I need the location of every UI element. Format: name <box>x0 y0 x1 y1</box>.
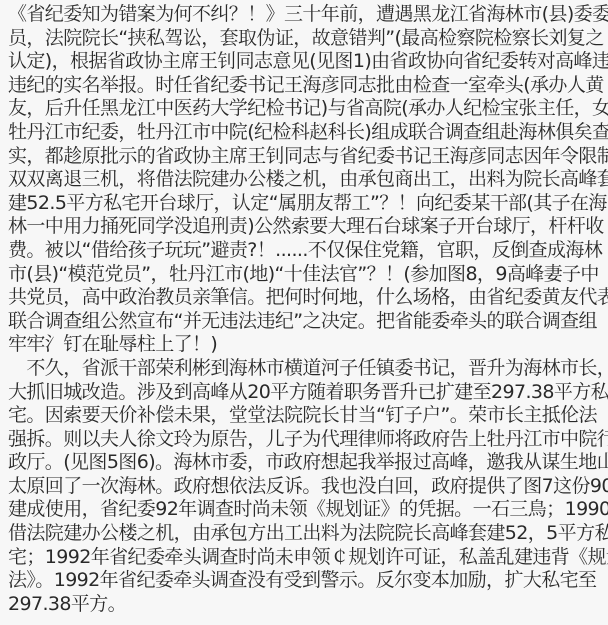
text-line: 《省纪委知为错案为何不纠？！》三十年前，遭遇黑龙江省海林市(县)委委 <box>8 3 608 27</box>
text-line: 双双离退三机，将借法院建办公楼之机，由承包商出工，出料为院长高峰套 <box>8 168 608 192</box>
text-line: 牢牢氵钉在耻辱柱上了！) <box>8 333 608 357</box>
text-line: 法》。1992年省纪委牵头调查没有受到警示。反尔变本加励，扩大私宅至 <box>8 569 608 593</box>
text-line: 宅。因索要天价补偿未果，堂堂法院院长甘当“钉子户”。荣市长主抵伦法 <box>8 404 608 428</box>
text-line: 林一中用力捅死同学没追刑责)公然索要大理石台球案子开台球厅，杆杆收 <box>8 215 608 239</box>
text-line: 员，法院院长“挟私驾讼，套取伪证，故意错判”(最高检察院检察长刘复之 <box>8 27 608 51</box>
text-line: 共党员，高中政治教员亲筆信。把何时何地，什么场格，由省纪委黄友代表 <box>8 286 608 310</box>
text-line: 297.38平方。 <box>8 593 608 617</box>
text-line: 不久，省派干部荣利彬到海林市横道河子任镇委书记，晋升为海林市长， <box>8 357 608 381</box>
text-line: 借法院建办公楼之机，由承包方出工出料为法院院长高峰套建52，5平方私 <box>8 522 608 546</box>
text-line: 太原回了一次海林。政府想依法反诉。我也没白回，政府提供了图7这份90年 <box>8 475 608 499</box>
text-line: 实，都趁原批示的省政协主席王钊同志与省纪委书记王海彦同志因年令限制 <box>8 145 608 169</box>
text-line: 违纪的实名举报。时任省纪委书记王海彦同志批由检查一室牵头(承办人黄 <box>8 74 608 98</box>
text-line: 友，后升任黑龙江中医药大学纪检书记)与省高院(承办人纪检宝张主任，女) <box>8 97 608 121</box>
text-line: 大抓旧城改造。涉及到高峰从20平方随着职务晋升已扩建至297.38平方私 <box>8 381 608 405</box>
text-line: 认定)，根据省政协主席王钊同志意见(见图1)由省政协向省纪委转对高峰违法 <box>8 50 608 74</box>
text-line: 政厅。(见图5图6)。海林市委，市政府想起我举报过高峰，邀我从谋生地山西 <box>8 451 608 475</box>
text-line: 市(县)“模范党员”，牡丹江市(地)“十佳法官”？！(参加图8，9高峰妻子中 <box>8 263 608 287</box>
text-line: 建成使用，省纪委92年调查时尚未领《规划证》的凭据。一石三鳥；1990年 <box>8 498 608 522</box>
text-line: 牡丹江市纪委，牡丹江市中院(纪检科赵科长)组成联合调查组赴海林俱矣查 <box>8 121 608 145</box>
text-line: 宅；1992年省纪委牵头调查时尚未申领￠规划许可证，私盖乱建违背《规划 <box>8 546 608 570</box>
text-line: 强拆。则以夫人徐文玲为原告，儿子为代理律师将政府告上牡丹江市中院行 <box>8 428 608 452</box>
document-body: 《省纪委知为错案为何不纠？！》三十年前，遭遇黑龙江省海林市(县)委委 员，法院院… <box>0 0 608 616</box>
text-line: 费。被以“借给孩子玩玩”避责?！......不仅保住党籍，官职，反倒查成海林 <box>8 239 608 263</box>
text-line: 联合调查组公然宣布“并无违法违纪”之决定。把省能委牵头的联合调查组 <box>8 310 608 334</box>
text-line: 建52.5平方私宅开台球厅，认定“属朋友帮工”？！向纪委某干部(其子在海 <box>8 192 608 216</box>
